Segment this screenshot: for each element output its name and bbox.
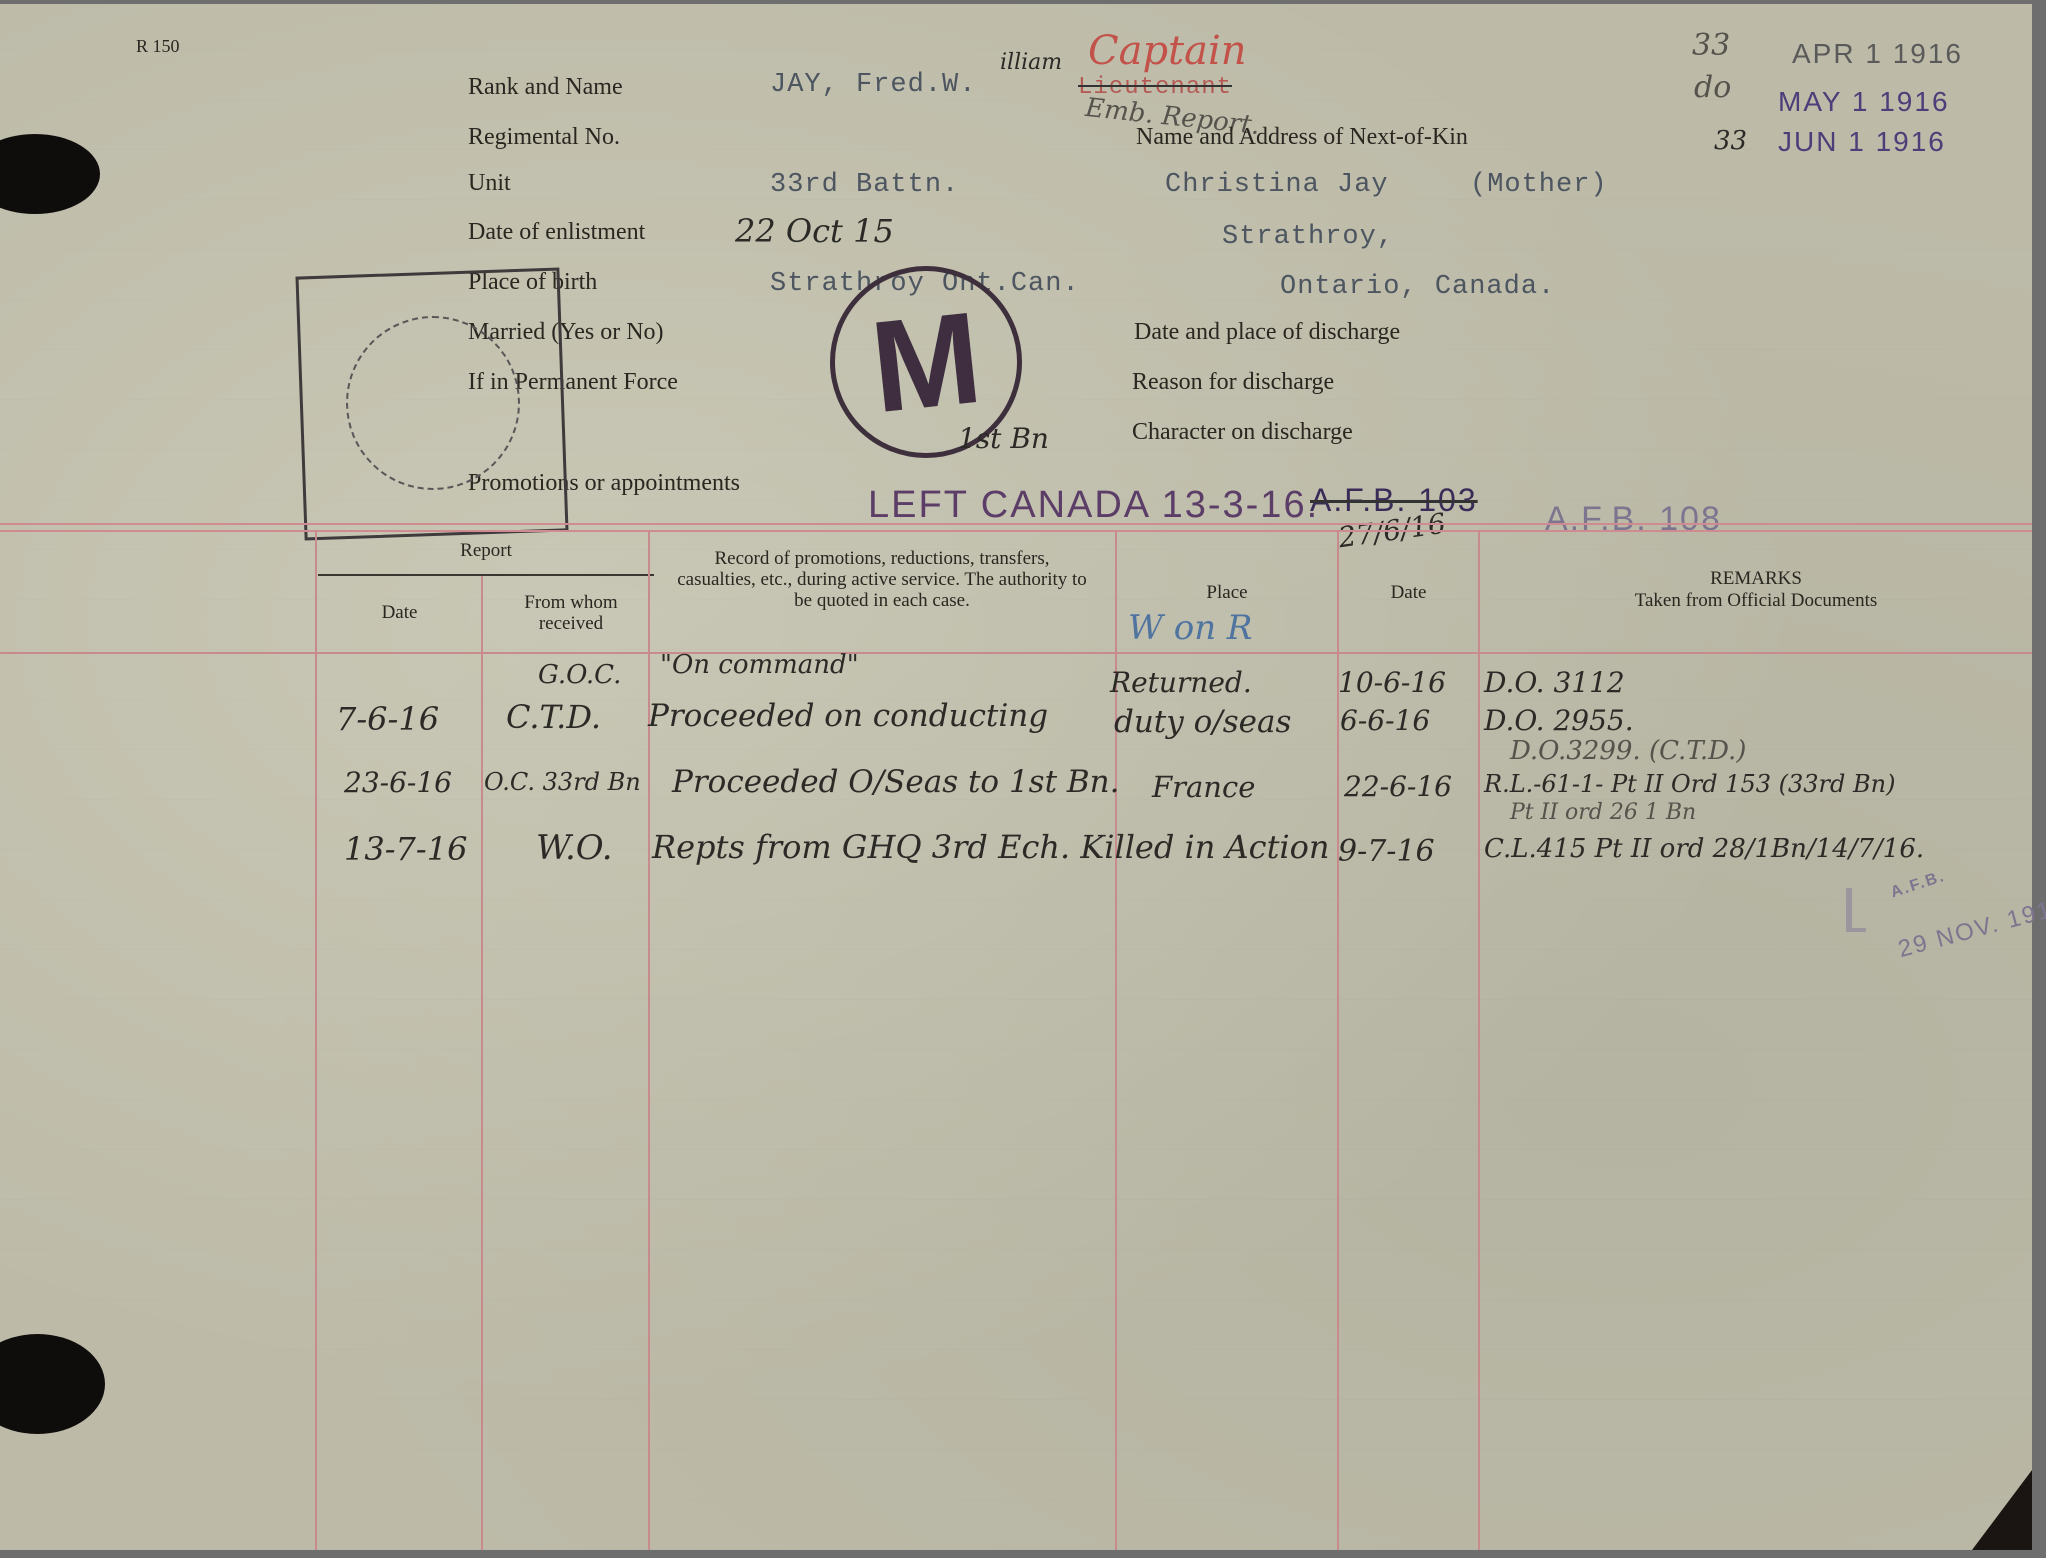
row0-from: G.O.C. bbox=[538, 660, 621, 690]
row1-from: C.T.D. bbox=[506, 698, 601, 736]
header-report: Report bbox=[318, 540, 654, 561]
row5-record: Repts from GHQ 3rd Ech. Killed in Action bbox=[652, 828, 1330, 866]
circle-m-letter: M bbox=[864, 282, 987, 442]
report-subheader-rule bbox=[318, 574, 654, 576]
stamp-prefix-1: 33 bbox=[1692, 28, 1730, 63]
stamp-left-canada: LEFT CANADA 13-3-16. bbox=[868, 484, 1319, 527]
label-discharge-reason: Reason for discharge bbox=[1132, 369, 1334, 396]
faint-circle-stamp bbox=[346, 316, 520, 490]
row5-event-date: 9-7-16 bbox=[1338, 834, 1435, 869]
value-unit: 33rd Battn. bbox=[770, 170, 959, 200]
row5-remarks: C.L.415 Pt II ord 28/1Bn/14/7/16. bbox=[1484, 834, 1924, 864]
row0-place: Returned. bbox=[1110, 666, 1252, 699]
stamp-bracket bbox=[1846, 888, 1866, 932]
value-kin-relation: (Mother) bbox=[1470, 170, 1608, 200]
row3-record: Proceeded O/Seas to 1st Bn. bbox=[672, 764, 1120, 800]
row3-date: 23-6-16 bbox=[344, 766, 452, 799]
row1-record: Proceeded on conducting bbox=[648, 698, 1048, 734]
value-kin-region: Ontario, Canada. bbox=[1280, 272, 1555, 302]
header-date: Date bbox=[318, 602, 481, 623]
header-place: Place bbox=[1117, 582, 1337, 603]
stamp-date-may: MAY 1 1916 bbox=[1778, 86, 1950, 118]
header-event-date: Date bbox=[1339, 582, 1478, 603]
col-line-3 bbox=[648, 530, 650, 1550]
header-from-whom: From whom received bbox=[496, 592, 646, 634]
stamp-prefix-3: 33 bbox=[1714, 126, 1747, 156]
service-record-card: R 150 Rank and Name Regimental No. Unit … bbox=[0, 4, 2032, 1550]
header-record: Record of promotions, reductions, transf… bbox=[676, 548, 1088, 611]
row1-date: 7-6-16 bbox=[336, 700, 439, 738]
stamp-date-jun: JUN 1 1916 bbox=[1778, 126, 1946, 158]
label-discharge-character: Character on discharge bbox=[1132, 419, 1353, 446]
row3-place: France bbox=[1152, 770, 1255, 804]
value-date-of-enlistment: 22 Oct 15 bbox=[735, 212, 894, 250]
stamp-afb-small: A.F.B. bbox=[1889, 868, 1948, 903]
label-unit: Unit bbox=[468, 170, 511, 197]
row5-from: W.O. bbox=[536, 828, 613, 868]
stamp-afb-108: A.F.B. 108 bbox=[1545, 500, 1722, 539]
corner-fold bbox=[1972, 1470, 2032, 1550]
row0-remarks: D.O. 3112 bbox=[1484, 666, 1625, 699]
value-kin-city: Strathroy, bbox=[1222, 222, 1394, 252]
row1-remarks: D.O. 2955. bbox=[1484, 704, 1634, 737]
value-kin-name: Christina Jay bbox=[1165, 170, 1389, 200]
label-date-of-enlistment: Date of enlistment bbox=[468, 219, 645, 246]
row1-event-date: 6-6-16 bbox=[1340, 704, 1430, 737]
header-remarks-title: REMARKS bbox=[1480, 568, 2032, 589]
place-header-note: W on R bbox=[1128, 608, 1253, 648]
label-rank-and-name: Rank and Name bbox=[468, 74, 623, 101]
table-top-rule bbox=[0, 523, 2032, 532]
punch-hole-top bbox=[0, 134, 100, 214]
value-name-handwritten: illiam bbox=[1000, 50, 1062, 75]
label-regimental-no: Regimental No. bbox=[468, 124, 620, 151]
label-discharge-date-place: Date and place of discharge bbox=[1134, 319, 1400, 346]
value-name: JAY, Fred.W. bbox=[770, 70, 976, 100]
row0-event-date: 10-6-16 bbox=[1338, 666, 1446, 699]
row3-remarks: R.L.-61-1- Pt II Ord 153 (33rd Bn) bbox=[1484, 770, 1895, 798]
value-rank-corrected: Captain bbox=[1088, 28, 1247, 74]
row2-remarks: D.O.3299. (C.T.D.) bbox=[1510, 736, 1746, 766]
punch-hole-bottom bbox=[0, 1334, 105, 1434]
form-number: R 150 bbox=[136, 36, 180, 57]
col-line-1 bbox=[315, 530, 317, 1550]
promotion-note: 1st Bn bbox=[958, 422, 1049, 455]
col-line-6 bbox=[1478, 530, 1480, 1550]
header-remarks-sub: Taken from Official Documents bbox=[1480, 590, 2032, 611]
row1-place: duty o/seas bbox=[1114, 704, 1291, 740]
col-line-2 bbox=[481, 576, 483, 1550]
row3-event-date: 22-6-16 bbox=[1344, 770, 1452, 803]
stamp-date-apr: APR 1 1916 bbox=[1792, 38, 1963, 70]
row3-from: O.C. 33rd Bn bbox=[484, 768, 641, 796]
row5-date: 13-7-16 bbox=[344, 830, 467, 868]
row0-record: "On command" bbox=[660, 650, 859, 680]
stamp-nov-date: 29 NOV. 1918 bbox=[1895, 892, 2046, 964]
stamp-prefix-2: do bbox=[1694, 70, 1731, 105]
table-header-bottom-rule bbox=[0, 652, 2032, 654]
row4-remarks: Pt II ord 26 1 Bn bbox=[1510, 800, 1696, 825]
label-next-of-kin: Name and Address of Next-of-Kin bbox=[1136, 124, 1468, 151]
